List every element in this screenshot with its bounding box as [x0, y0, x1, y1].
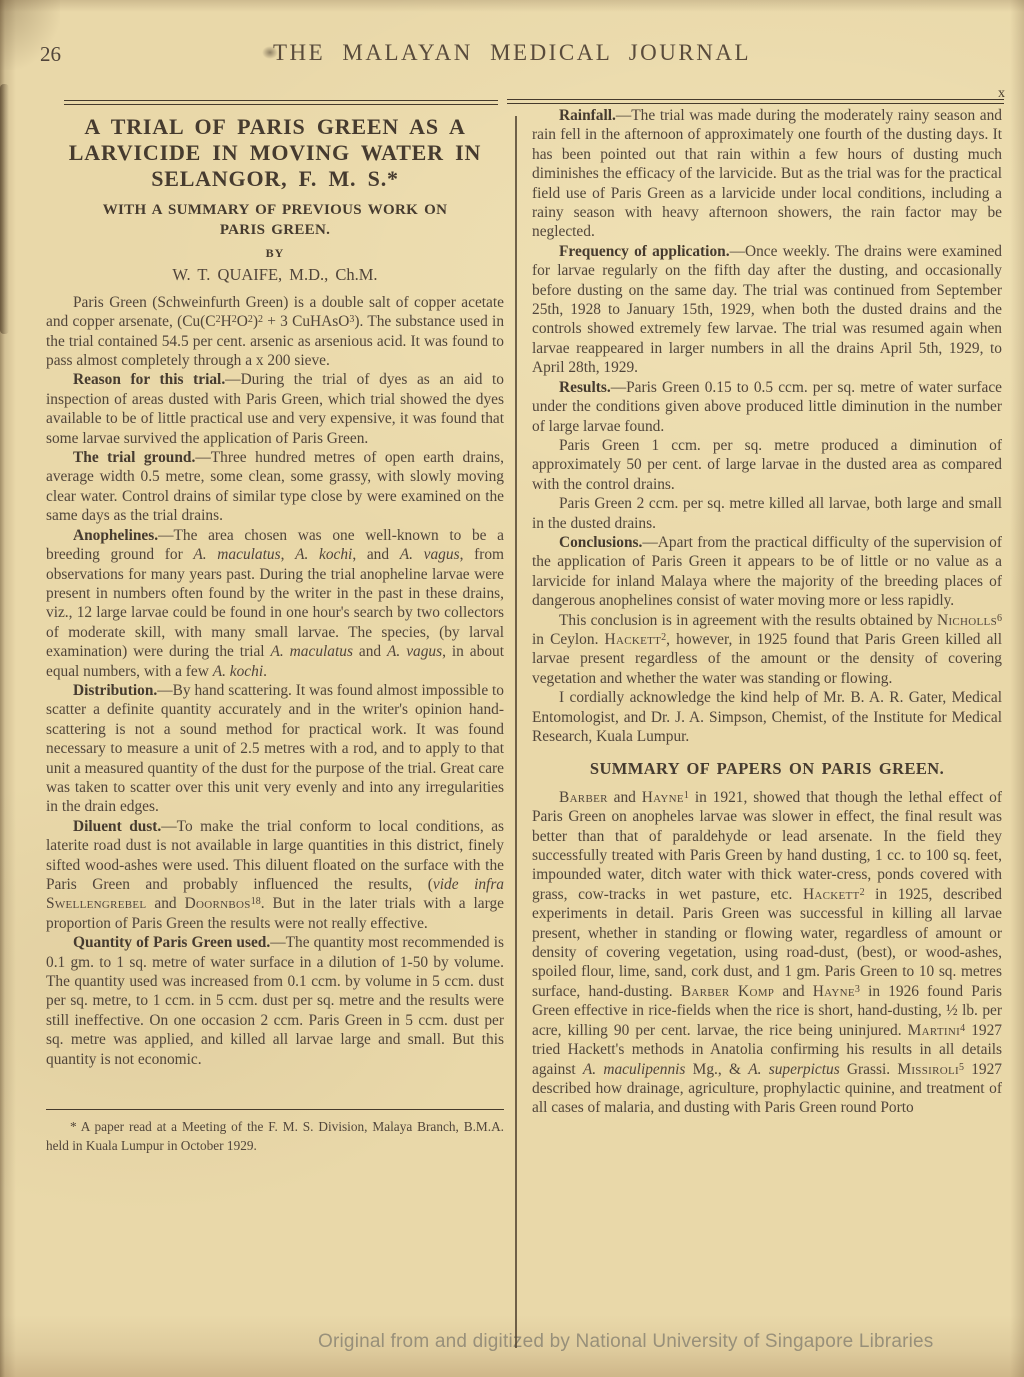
- text-segment: A. maculipennis: [583, 1061, 686, 1078]
- text-segment: Barber Komp: [681, 983, 774, 1000]
- text-segment: in Ceylon.: [532, 631, 605, 648]
- text-segment: and: [353, 643, 387, 660]
- text-segment: O: [237, 313, 248, 330]
- left-edge-ink-smear: [0, 84, 9, 334]
- section-heading: SUMMARY OF PAPERS ON PARIS GREEN.: [532, 759, 1002, 778]
- right-column: Rainfall.—The trial was made during the …: [532, 106, 1002, 1118]
- text-segment: Swellengrebel: [46, 895, 146, 912]
- text-segment: Hackett: [803, 886, 860, 903]
- text-segment: The trial ground.: [73, 449, 195, 466]
- header-rule-left: [64, 100, 498, 105]
- text-segment: —Once weekly. The drains were examined f…: [532, 243, 1002, 376]
- text-segment: .: [263, 663, 267, 680]
- text-segment: A. kochi: [213, 663, 263, 680]
- paragraph: Anophelines.—The area chosen was one wel…: [46, 526, 504, 681]
- text-segment: Grassi.: [840, 1061, 898, 1078]
- text-segment: Results.: [559, 379, 611, 396]
- text-segment: A. vagus: [387, 643, 442, 660]
- text-segment: Martini: [908, 1022, 960, 1039]
- footnote: * A paper read at a Meeting of the F. M.…: [46, 1109, 504, 1155]
- paragraph: Barber and Hayne1 in 1921, showed that t…: [532, 788, 1002, 1118]
- paragraph: I cordially acknowledge the kind help of…: [532, 688, 1002, 746]
- text-segment: Frequency of application.: [559, 243, 730, 260]
- text-segment: and: [146, 895, 184, 912]
- text-segment: A. maculatus: [193, 546, 280, 563]
- digitization-watermark: Original from and digitized by National …: [318, 1331, 934, 1353]
- article-title: A TRIAL OF PARIS GREEN AS A LARVICIDE IN…: [50, 114, 500, 192]
- column-divider-rule: [515, 116, 517, 1348]
- footnote-text: * A paper read at a Meeting of the F. M.…: [46, 1118, 504, 1155]
- journal-title: THE MALAYAN MEDICAL JOURNAL: [0, 40, 1024, 66]
- paragraph: Quantity of Paris Green used.—The quanti…: [46, 933, 504, 1069]
- header-rule-right: [507, 99, 1004, 104]
- text-segment: Distribution.: [73, 682, 157, 699]
- scanned-journal-page: { "header": { "page_number": "26", "jour…: [0, 0, 1024, 1377]
- text-segment: , and: [352, 546, 399, 563]
- text-segment: Rainfall.: [559, 107, 616, 124]
- text-segment: 6: [997, 613, 1002, 624]
- text-segment: Paris Green 1 ccm. per sq. metre produce…: [532, 437, 1002, 493]
- text-segment: Hayne: [813, 983, 855, 1000]
- text-segment: I cordially acknowledge the kind help of…: [532, 689, 1002, 745]
- text-segment: Quantity of Paris Green used.: [73, 934, 270, 951]
- text-segment: A. superpictus: [748, 1061, 839, 1078]
- paragraph: Reason for this trial.—During the trial …: [46, 370, 504, 448]
- rule-end-mark: x: [998, 86, 1005, 102]
- text-segment: —The quantity most recommended is 0.1 gm…: [46, 934, 504, 1067]
- text-segment: 18: [251, 896, 261, 907]
- paragraph: Results.—Paris Green 0.15 to 0.5 ccm. pe…: [532, 378, 1002, 436]
- paragraph: Diluent dust.—To make the trial conform …: [46, 817, 504, 933]
- text-segment: A. kochi: [295, 546, 352, 563]
- text-segment: Conclusions.: [559, 534, 642, 551]
- paragraph: Paris Green 2 ccm. per sq. metre killed …: [532, 494, 1002, 533]
- paragraph: Rainfall.—The trial was made during the …: [532, 106, 1002, 242]
- text-segment: Hayne: [642, 789, 684, 806]
- text-segment: —The trial was made during the moderatel…: [532, 107, 1002, 240]
- left-column: A TRIAL OF PARIS GREEN AS A LARVICIDE IN…: [46, 110, 504, 1155]
- paragraph: The trial ground.—Three hundred metres o…: [46, 448, 504, 526]
- text-segment: This conclusion is in agreement with the…: [559, 612, 937, 629]
- paragraph: Paris Green (Schweinfurth Green) is a do…: [46, 293, 504, 371]
- text-segment: Barber: [559, 789, 608, 806]
- text-segment: Reason for this trial.: [73, 371, 225, 388]
- text-segment: A. maculatus: [271, 643, 353, 660]
- text-segment: and: [608, 789, 642, 806]
- text-segment: H: [221, 313, 232, 330]
- paragraph: This conclusion is in agreement with the…: [532, 611, 1002, 689]
- paragraph: Distribution.—By hand scattering. It was…: [46, 681, 504, 817]
- byline-label: BY: [46, 244, 504, 263]
- paragraph: Conclusions.—Apart from the practical di…: [532, 533, 1002, 611]
- text-segment: Missiroli: [897, 1061, 959, 1078]
- right-column-paragraphs-bottom: Barber and Hayne1 in 1921, showed that t…: [532, 788, 1002, 1118]
- text-segment: Nicholls: [937, 612, 997, 629]
- text-segment: Doornbos: [185, 895, 251, 912]
- text-segment: + 3 CuHAsO: [263, 313, 349, 330]
- text-segment: vide infra: [433, 876, 504, 893]
- text-segment: Anophelines.: [73, 527, 158, 544]
- text-segment: —By hand scattering. It was found almost…: [46, 682, 504, 815]
- paragraph: Frequency of application.—Once weekly. T…: [532, 242, 1002, 378]
- text-segment: Hackett: [605, 631, 662, 648]
- right-column-paragraphs-top: Rainfall.—The trial was made during the …: [532, 106, 1002, 746]
- text-segment: ,: [281, 546, 296, 563]
- text-segment: and: [774, 983, 813, 1000]
- text-segment: A. vagus: [400, 546, 460, 563]
- article-subtitle: WITH A SUMMARY OF PREVIOUS WORK ON PARIS…: [96, 200, 454, 240]
- paragraph: Paris Green 1 ccm. per sq. metre produce…: [532, 436, 1002, 494]
- author-name: W. T. QUAIFE, M.D., Ch.M.: [46, 265, 504, 284]
- text-segment: Mg., &: [685, 1061, 748, 1078]
- text-segment: Paris Green 2 ccm. per sq. metre killed …: [532, 495, 1002, 531]
- text-segment: Diluent dust.: [73, 818, 161, 835]
- left-column-paragraphs: Paris Green (Schweinfurth Green) is a do…: [46, 293, 504, 1069]
